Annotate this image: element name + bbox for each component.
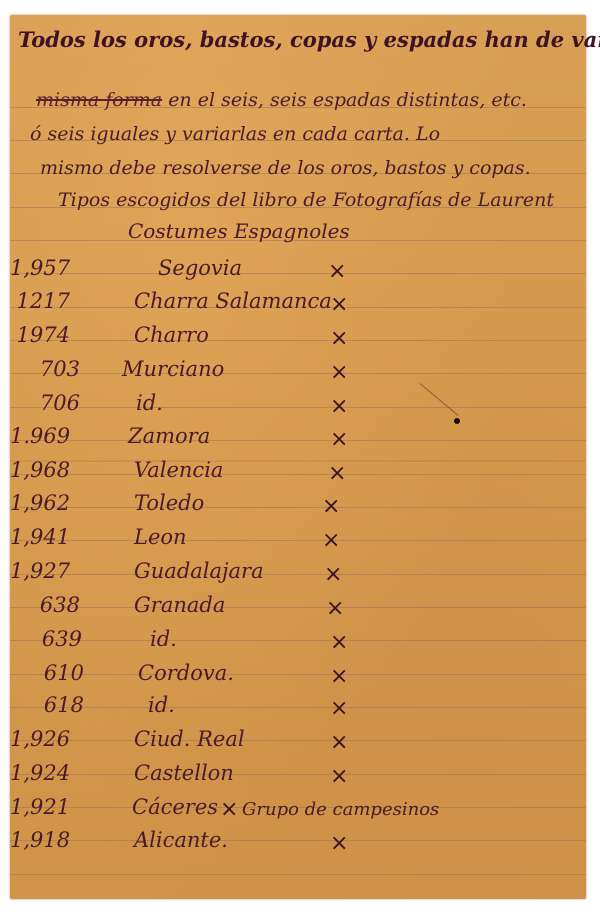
check-mark-icon: × (220, 799, 238, 821)
ruled-line (10, 440, 586, 441)
entry-number: 1,962 (10, 493, 70, 514)
ruled-line (10, 707, 586, 708)
entry-number: 638 (20, 595, 80, 616)
entry-number: 1,921 (10, 797, 70, 818)
entry-number: 1,926 (10, 729, 70, 750)
check-mark-icon: × (330, 666, 348, 688)
check-mark-icon: × (330, 328, 348, 350)
entry-number: 1.969 (10, 426, 70, 447)
ruled-line (10, 273, 586, 274)
entry-place: Toledo (134, 493, 204, 514)
ruled-line (10, 740, 586, 741)
check-mark-icon: × (330, 294, 348, 316)
entry-number: 1,918 (10, 830, 70, 851)
check-mark-icon: × (328, 261, 346, 283)
entry-number: 1974 (10, 325, 70, 346)
entry-number: 1,924 (10, 763, 70, 784)
check-mark-icon: × (322, 496, 340, 518)
check-mark-icon: × (330, 429, 348, 451)
check-mark-icon: × (330, 632, 348, 654)
entry-note: Grupo de campesinos (242, 801, 439, 819)
check-mark-icon: × (330, 362, 348, 384)
ruled-line (10, 574, 586, 575)
check-mark-icon: × (322, 530, 340, 552)
entry-place: Granada (134, 595, 225, 616)
entry-place: Leon (134, 527, 187, 548)
check-mark-icon: × (330, 698, 348, 720)
entry-place: Segovia (158, 258, 242, 279)
ruled-line (10, 874, 586, 875)
check-mark-icon: × (330, 396, 348, 418)
entry-place: id. (136, 393, 163, 414)
entry-place: Guadalajara (134, 561, 264, 582)
ink-streak (420, 383, 459, 416)
entry-place: Cáceres (132, 797, 218, 818)
ruled-line (10, 774, 586, 775)
ruled-line (10, 373, 586, 374)
intro-line-2: misma forma en el seis, seis espadas dis… (36, 91, 527, 110)
entry-place: Valencia (134, 460, 223, 481)
entry-number: 706 (20, 393, 80, 414)
manuscript-page: Todos los oros, bastos, copas y espadas … (10, 15, 586, 899)
entry-number: 1,957 (10, 258, 70, 279)
entry-number: 1,941 (10, 527, 70, 548)
intro-line-4: mismo debe resolverse de los oros, basto… (40, 159, 531, 178)
entry-number: 1,927 (10, 561, 70, 582)
entry-place: Castellon (134, 763, 234, 784)
entry-place: Ciud. Real (134, 729, 245, 750)
ruled-line (10, 540, 586, 541)
ruled-line (10, 507, 586, 508)
entry-place: id. (148, 695, 175, 716)
struck-text: misma forma (36, 89, 162, 111)
entry-place: id. (150, 629, 177, 650)
entry-number: 1217 (10, 291, 70, 312)
intro-line-1: Todos los oros, bastos, copas y espadas … (18, 29, 600, 50)
entry-place: Cordova. (138, 663, 234, 684)
ruled-line (10, 340, 586, 341)
entry-place: Murciano (122, 359, 224, 380)
entry-number: 1,968 (10, 460, 70, 481)
check-mark-icon: × (330, 732, 348, 754)
ruled-line (10, 640, 586, 641)
intro-line-2-text: en el seis, seis espadas distintas, etc. (168, 89, 527, 111)
entry-place: Charra Salamanca (134, 291, 332, 312)
check-mark-icon: × (328, 463, 346, 485)
ruled-line (10, 674, 586, 675)
entry-place: Charro (134, 325, 209, 346)
ruled-line (10, 840, 586, 841)
ruled-line (10, 607, 586, 608)
section-heading: Costumes Espagnoles (128, 221, 350, 241)
check-mark-icon: × (330, 766, 348, 788)
check-mark-icon: × (324, 564, 342, 586)
intro-line-5: Tipos escogidos del libro de Fotografías… (58, 191, 554, 210)
entry-number: 618 (24, 695, 84, 716)
check-mark-icon: × (326, 598, 344, 620)
ink-dot (454, 418, 460, 424)
check-mark-icon: × (330, 833, 348, 855)
ruled-line (10, 407, 586, 408)
entry-place: Alicante. (134, 830, 228, 851)
entry-number: 639 (22, 629, 82, 650)
entry-number: 610 (24, 663, 84, 684)
entry-place: Zamora (128, 426, 210, 447)
entry-number: 703 (20, 359, 80, 380)
intro-line-3: ó seis iguales y variarlas en cada carta… (30, 125, 440, 144)
ruled-line (10, 474, 586, 475)
fold-crease (10, 460, 586, 463)
